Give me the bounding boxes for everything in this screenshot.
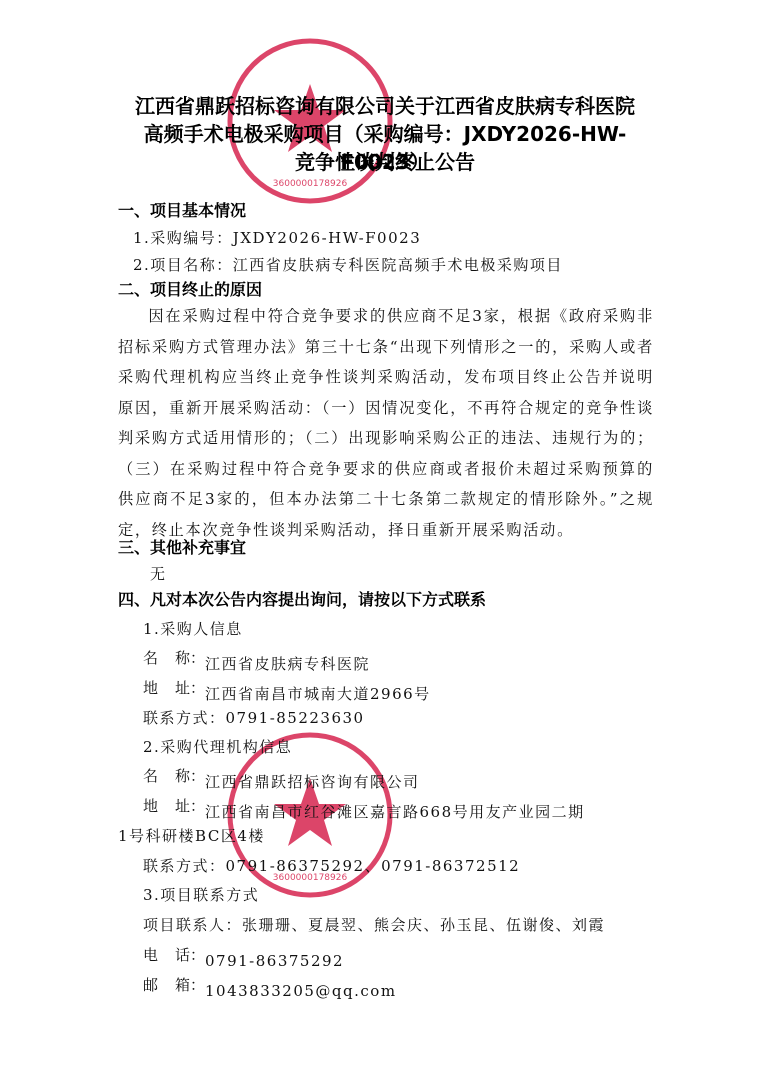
purchaser-name-row: 名称：江西省皮肤病专科医院 <box>143 647 370 675</box>
project-email-row: 邮箱：1043833205@qq.com <box>143 974 397 1002</box>
purchaser-address: 江西省南昌市城南大道2966号 <box>205 685 431 703</box>
purchaser-info-title: 1.采购人信息 <box>143 618 243 640</box>
svg-text:3600000178926: 3600000178926 <box>273 179 348 189</box>
project-phone: 0791-86375292 <box>205 952 344 970</box>
announcement-page: 3600000178926 3600000178926 江西省鼎跃招标咨询有限公… <box>0 0 769 1088</box>
project-phone-row: 电话：0791-86375292 <box>143 944 344 972</box>
agency-name-row: 名称：江西省鼎跃招标咨询有限公司 <box>143 765 420 793</box>
title-line-1: 江西省鼎跃招标咨询有限公司关于江西省皮肤病专科医院 <box>110 92 660 120</box>
procurement-number: 1.采购编号：JXDY2026-HW-F0023 <box>133 227 421 249</box>
termination-reason: 因在采购过程中符合竞争要求的供应商不足3家，根据《政府采购非招标采购方式管理办法… <box>118 301 654 545</box>
project-name: 2.项目名称：江西省皮肤病专科医院高频手术电极采购项目 <box>133 254 563 276</box>
section-4-heading: 四、凡对本次公告内容提出询问，请按以下方式联系 <box>118 589 486 611</box>
agency-phone: 0791-86375292、0791-86372512 <box>226 857 521 875</box>
project-contact-title: 3.项目联系方式 <box>143 884 259 906</box>
project-email: 1043833205@qq.com <box>205 982 397 1000</box>
purchaser-contact-row: 联系方式：0791-85223630 <box>143 707 365 729</box>
purchaser-address-row: 地址：江西省南昌市城南大道2966号 <box>143 677 431 705</box>
agency-address-row: 地址：江西省南昌市红谷滩区嘉言路668号用友产业园二期 <box>143 795 585 823</box>
agency-info-title: 2.采购代理机构信息 <box>143 736 292 758</box>
purchaser-phone: 0791-85223630 <box>226 709 365 727</box>
contact-persons: 张珊珊、夏晨翌、熊会庆、孙玉昆、伍谢俊、刘霞 <box>242 916 605 934</box>
project-contact-persons-row: 项目联系人：张珊珊、夏晨翌、熊会庆、孙玉昆、伍谢俊、刘霞 <box>143 914 605 936</box>
section-2-heading: 二、项目终止的原因 <box>118 279 262 301</box>
agency-address-cont: 1号科研楼BC区4楼 <box>118 825 265 847</box>
section-3-heading: 三、其他补充事宜 <box>118 537 246 559</box>
agency-address: 江西省南昌市红谷滩区嘉言路668号用友产业园二期 <box>205 803 585 821</box>
agency-name: 江西省鼎跃招标咨询有限公司 <box>205 773 420 791</box>
purchaser-name: 江西省皮肤病专科医院 <box>205 655 370 673</box>
section-1-heading: 一、项目基本情况 <box>118 200 246 222</box>
agency-contact-row: 联系方式：0791-86375292、0791-86372512 <box>143 855 520 877</box>
title-line-3: 竞争性谈判终止公告 <box>110 148 660 176</box>
supplementary-none: 无 <box>150 563 167 585</box>
